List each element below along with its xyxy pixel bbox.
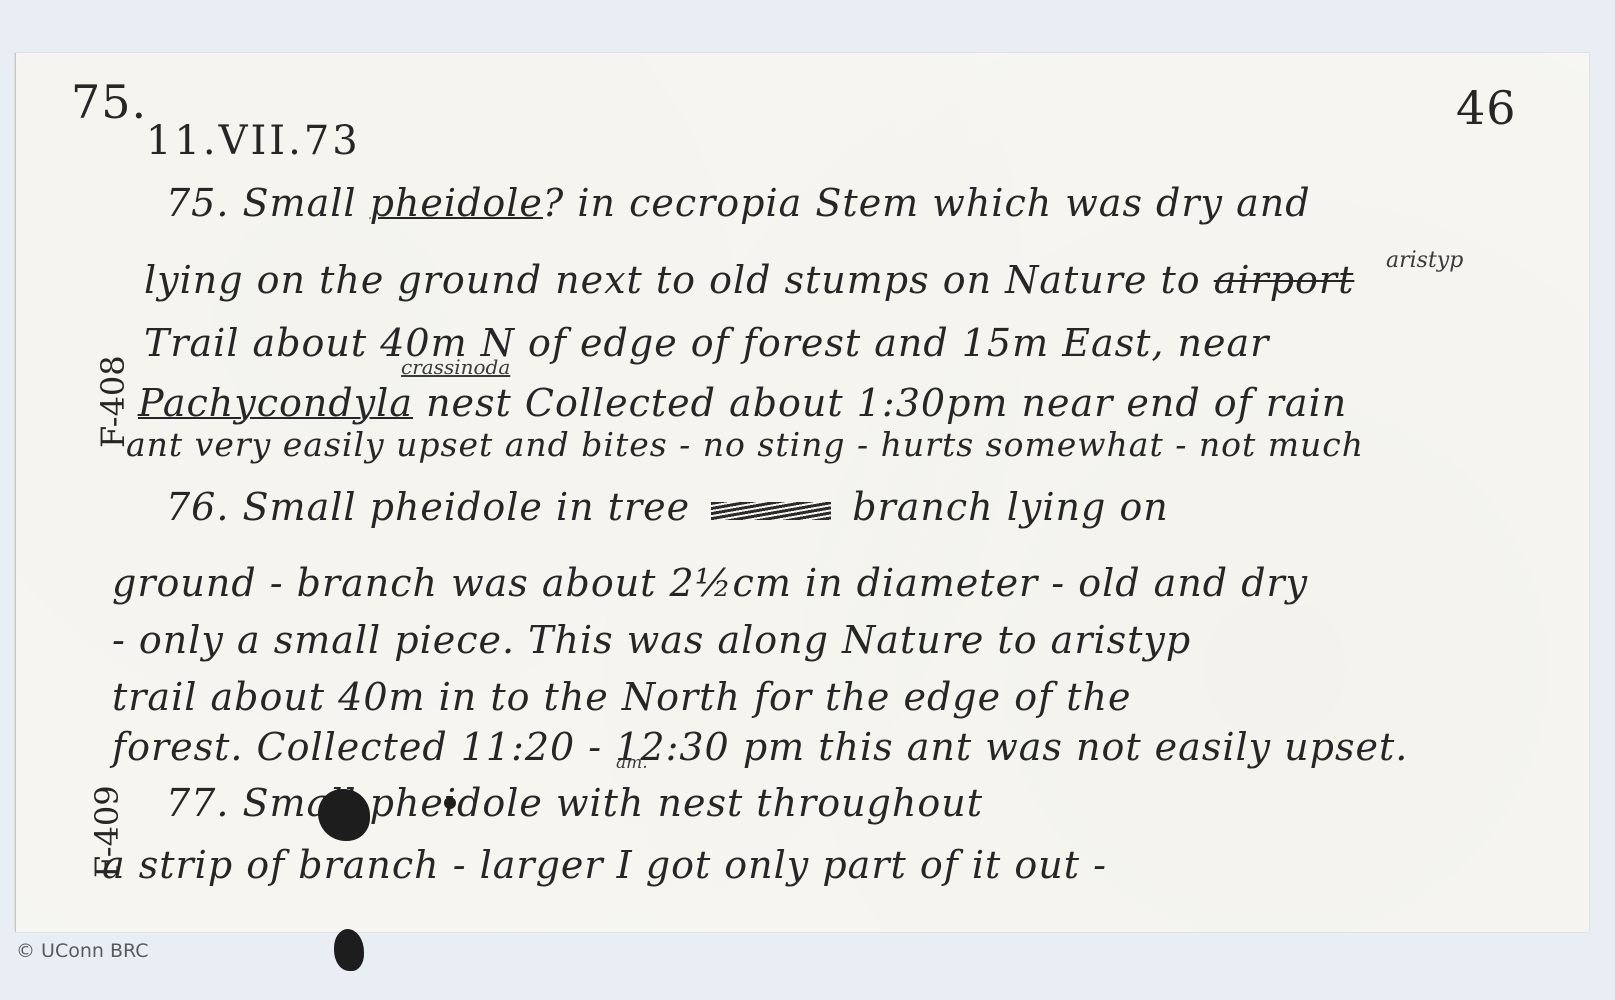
scribbled-out-word	[711, 502, 831, 520]
text-segment: 76. Small pheidole in tree	[166, 485, 703, 529]
text-segment: forest. Collected 11:20 - 12:30 pm this …	[112, 725, 1408, 769]
text-segment: ? in cecropia Stem which was dry and	[543, 181, 1311, 225]
text-segment: 75. Small	[166, 181, 370, 225]
entry-75-line-3: Trail about 40m N of edge of forest and …	[144, 321, 1269, 365]
text-segment: lying on the ground next to old stumps o…	[144, 258, 1214, 302]
inserted-word-crassinoda: crassinoda	[401, 355, 510, 379]
genus-name-underlined: Pachycondyla	[138, 381, 413, 425]
inserted-am-note: am.	[616, 753, 648, 773]
inserted-word-aristyp: aristyp	[1386, 248, 1463, 273]
margin-note-f409: F-409	[88, 785, 126, 878]
text-segment: trail about 40m in to the North for the …	[112, 675, 1131, 719]
text-segment: nest Collected about 1:30pm near end of …	[413, 381, 1347, 425]
struck-word: airport	[1214, 258, 1355, 302]
entry-76-line-3: - only a small piece. This was along Nat…	[112, 618, 1191, 662]
text-segment: Trail about 40m N of edge of forest and …	[144, 321, 1269, 365]
entry-75-line-2: lying on the ground next to old stumps o…	[144, 258, 1354, 302]
notebook-card: 75. 11.VII.73 46 75. Small pheidole? in …	[15, 53, 1589, 932]
ink-blot	[334, 929, 364, 971]
ink-blot	[318, 789, 370, 841]
text-segment: ground - branch was about 2½cm in diamet…	[112, 561, 1308, 605]
entry-76-line-4: trail about 40m in to the North for the …	[112, 675, 1131, 719]
text-segment: a strip of branch - larger I got only pa…	[102, 843, 1107, 887]
entry-75-line-1: 75. Small pheidole? in cecropia Stem whi…	[166, 181, 1311, 225]
page-number: 46	[1456, 81, 1517, 135]
text-segment: ant very easily upset and bites - no sti…	[126, 425, 1364, 464]
text-segment: - only a small piece. This was along Nat…	[112, 618, 1191, 662]
entry-76-line-2: ground - branch was about 2½cm in diamet…	[112, 561, 1308, 605]
margin-note-f408: F-408	[94, 355, 132, 448]
entry-75-line-4: Pachycondyla nest Collected about 1:30pm…	[138, 381, 1347, 425]
text-segment: 77. Small pheidole with nest throughout	[166, 781, 983, 825]
ink-dot	[444, 797, 456, 809]
card-date: 11.VII.73	[146, 118, 361, 164]
entry-76-line-1: 76. Small pheidole in tree branch lying …	[166, 485, 1169, 529]
species-name-underlined: pheidole	[370, 181, 543, 225]
text-segment: branch lying on	[839, 485, 1169, 529]
entry-76-line-5: forest. Collected 11:20 - 12:30 pm this …	[112, 725, 1408, 769]
entry-77-line-2: a strip of branch - larger I got only pa…	[102, 843, 1107, 887]
copyright-credit: © UConn BRC	[16, 940, 149, 962]
entry-77-line-1: 77. Small pheidole with nest throughout	[166, 781, 983, 825]
card-number: 75.	[71, 75, 147, 129]
entry-75-line-5: ant very easily upset and bites - no sti…	[126, 425, 1364, 464]
